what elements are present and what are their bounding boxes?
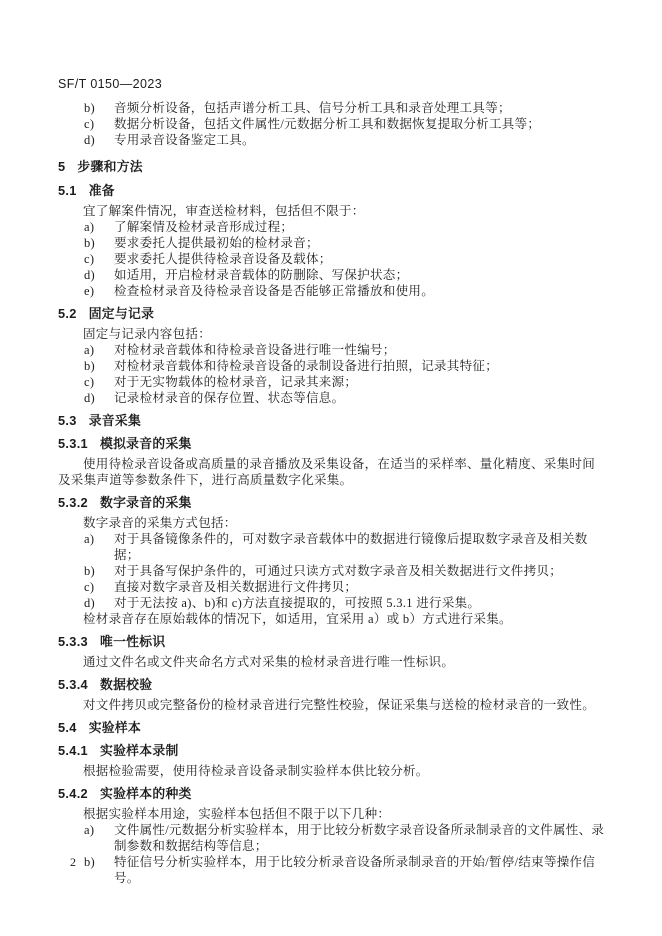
list-marker: c): [84, 251, 114, 267]
list-marker: c): [84, 116, 114, 132]
heading-title: 实验样本录制: [100, 743, 179, 758]
list-item-text: 记录检材录音的保存位置、状态等信息。: [114, 390, 606, 406]
heading-title: 唯一性标识: [100, 634, 165, 649]
paragraph-5-4-1: 根据检验需要，使用待检录音设备录制实验样本供比较分析。: [58, 763, 606, 779]
list-item: b) 音频分析设备，包括声谱分析工具、信号分析工具和录音处理工具等；: [58, 100, 606, 116]
heading-title: 数字录音的采集: [100, 495, 192, 510]
paragraph-5-3-2-note: 检材录音存在原始载体的情况下，如适用，宜采用 a）或 b）方式进行采集。: [58, 611, 606, 627]
heading-5: 5步骤和方法: [58, 159, 606, 175]
list-item-text: 了解案情及检材录音形成过程；: [114, 219, 606, 235]
list-item: d) 专用录音设备鉴定工具。: [58, 132, 606, 148]
heading-number: 5.1: [58, 183, 77, 199]
heading-number: 5: [58, 159, 65, 175]
heading-5-3-3: 5.3.3唯一性标识: [58, 634, 606, 650]
list-item-text: 文件属性/元数据分析实验样本，用于比较分析数字录音设备所录制录音的文件属性、录制…: [114, 822, 606, 854]
heading-5-3-1: 5.3.1模拟录音的采集: [58, 436, 606, 452]
list-item: a) 对于具备镜像条件的，可对数字录音载体中的数据进行镜像后提取数字录音及相关数…: [58, 531, 606, 563]
list-marker: d): [84, 595, 114, 611]
paragraph-5-4-2-intro: 根据实验样本用途，实验样本包括但不限于以下几种：: [58, 806, 606, 822]
list-marker: e): [84, 283, 114, 299]
list-item-text: 数据分析设备，包括文件属性/元数据分析工具和数据恢复提取分析工具等；: [114, 116, 606, 132]
list-item-text: 对于具备写保护条件的，可通过只读方式对数字录音及相关数据进行文件拷贝；: [114, 563, 606, 579]
heading-number: 5.3.2: [58, 495, 88, 511]
heading-5-1: 5.1准备: [58, 183, 606, 199]
paragraph-5-2-intro: 固定与记录内容包括：: [58, 326, 606, 342]
list-item-text: 如适用，开启检材录音载体的防删除、写保护状态；: [114, 267, 606, 283]
heading-5-3: 5.3录音采集: [58, 413, 606, 429]
paragraph-5-3-2-intro: 数字录音的采集方式包括：: [58, 515, 606, 531]
heading-title: 固定与记录: [89, 306, 154, 321]
list-item: a) 文件属性/元数据分析实验样本，用于比较分析数字录音设备所录制录音的文件属性…: [58, 822, 606, 854]
list-item: b) 要求委托人提供最初始的检材录音；: [58, 235, 606, 251]
heading-5-2: 5.2固定与记录: [58, 306, 606, 322]
document-page: SF/T 0150—2023 b) 音频分析设备，包括声谱分析工具、信号分析工具…: [0, 0, 662, 936]
list-item: a) 对检材录音载体和待检录音设备进行唯一性编号；: [58, 342, 606, 358]
heading-number: 5.3: [58, 413, 77, 429]
list-marker: d): [84, 267, 114, 283]
heading-title: 模拟录音的采集: [100, 436, 192, 451]
list-item-text: 对于无实物载体的检材录音，记录其来源；: [114, 374, 606, 390]
list-marker: a): [84, 531, 114, 563]
list-marker: b): [84, 854, 114, 886]
heading-5-4-2: 5.4.2实验样本的种类: [58, 786, 606, 802]
heading-5-3-4: 5.3.4数据校验: [58, 677, 606, 693]
heading-number: 5.3.1: [58, 436, 88, 452]
heading-number: 5.4: [58, 720, 77, 736]
doc-code: SF/T 0150—2023: [58, 76, 606, 92]
list-item-text: 特征信号分析实验样本，用于比较分析录音设备所录制录音的开始/暂停/结束等操作信号…: [114, 854, 606, 886]
list-item: b) 对于具备写保护条件的，可通过只读方式对数字录音及相关数据进行文件拷贝；: [58, 563, 606, 579]
list-item-text: 对检材录音载体和待检录音设备进行唯一性编号；: [114, 342, 606, 358]
list-item-text: 对于无法按 a)、b)和 c)方法直接提取的，可按照 5.3.1 进行采集。: [114, 595, 606, 611]
list-marker: d): [84, 390, 114, 406]
list-item: d) 对于无法按 a)、b)和 c)方法直接提取的，可按照 5.3.1 进行采集…: [58, 595, 606, 611]
list-item: d) 记录检材录音的保存位置、状态等信息。: [58, 390, 606, 406]
heading-number: 5.4.2: [58, 786, 88, 802]
list-item: d) 如适用，开启检材录音载体的防删除、写保护状态；: [58, 267, 606, 283]
document-content: SF/T 0150—2023 b) 音频分析设备，包括声谱分析工具、信号分析工具…: [58, 76, 606, 886]
heading-number: 5.2: [58, 306, 77, 322]
heading-5-4: 5.4实验样本: [58, 720, 606, 736]
heading-number: 5.3.4: [58, 677, 88, 693]
list-marker: b): [84, 100, 114, 116]
list-marker: b): [84, 235, 114, 251]
list-item-text: 要求委托人提供最初始的检材录音；: [114, 235, 606, 251]
heading-title: 数据校验: [100, 677, 152, 692]
list-marker: b): [84, 563, 114, 579]
list-marker: a): [84, 822, 114, 854]
list-item: c) 对于无实物载体的检材录音，记录其来源；: [58, 374, 606, 390]
heading-title: 步骤和方法: [77, 159, 142, 174]
list-item: b) 对检材录音载体和待检录音设备的录制设备进行拍照，记录其特征；: [58, 358, 606, 374]
list-item: c) 要求委托人提供待检录音设备及载体；: [58, 251, 606, 267]
list-item: c) 数据分析设备，包括文件属性/元数据分析工具和数据恢复提取分析工具等；: [58, 116, 606, 132]
list-item-text: 音频分析设备，包括声谱分析工具、信号分析工具和录音处理工具等；: [114, 100, 606, 116]
list-item-text: 直接对数字录音及相关数据进行文件拷贝；: [114, 579, 606, 595]
list-item-text: 专用录音设备鉴定工具。: [114, 132, 606, 148]
list-item-text: 要求委托人提供待检录音设备及载体；: [114, 251, 606, 267]
list-item-text: 对于具备镜像条件的，可对数字录音载体中的数据进行镜像后提取数字录音及相关数据；: [114, 531, 606, 563]
paragraph-5-1-intro: 宜了解案件情况，审查送检材料，包括但不限于：: [58, 203, 606, 219]
heading-number: 5.4.1: [58, 743, 88, 759]
list-item: e) 检查检材录音及待检录音设备是否能够正常播放和使用。: [58, 283, 606, 299]
list-item-text: 检查检材录音及待检录音设备是否能够正常播放和使用。: [114, 283, 606, 299]
heading-5-4-1: 5.4.1实验样本录制: [58, 743, 606, 759]
paragraph-5-3-1: 使用待检录音设备或高质量的录音播放及采集设备，在适当的采样率、量化精度、采集时间…: [58, 456, 606, 488]
heading-title: 实验样本: [89, 720, 141, 735]
heading-title: 录音采集: [89, 413, 141, 428]
list-marker: d): [84, 132, 114, 148]
list-marker: c): [84, 374, 114, 390]
heading-title: 准备: [89, 183, 115, 198]
heading-title: 实验样本的种类: [100, 786, 192, 801]
list-marker: a): [84, 342, 114, 358]
list-item: a) 了解案情及检材录音形成过程；: [58, 219, 606, 235]
list-marker: b): [84, 358, 114, 374]
heading-5-3-2: 5.3.2数字录音的采集: [58, 495, 606, 511]
paragraph-5-3-3: 通过文件名或文件夹命名方式对采集的检材录音进行唯一性标识。: [58, 654, 606, 670]
heading-number: 5.3.3: [58, 634, 88, 650]
paragraph-5-3-4: 对文件拷贝或完整备份的检材录音进行完整性校验，保证采集与送检的检材录音的一致性。: [58, 697, 606, 713]
list-item: b) 特征信号分析实验样本，用于比较分析录音设备所录制录音的开始/暂停/结束等操…: [58, 854, 606, 886]
list-marker: a): [84, 219, 114, 235]
page-number: 2: [70, 854, 76, 870]
list-marker: c): [84, 579, 114, 595]
list-item-text: 对检材录音载体和待检录音设备的录制设备进行拍照，记录其特征；: [114, 358, 606, 374]
list-item: c) 直接对数字录音及相关数据进行文件拷贝；: [58, 579, 606, 595]
